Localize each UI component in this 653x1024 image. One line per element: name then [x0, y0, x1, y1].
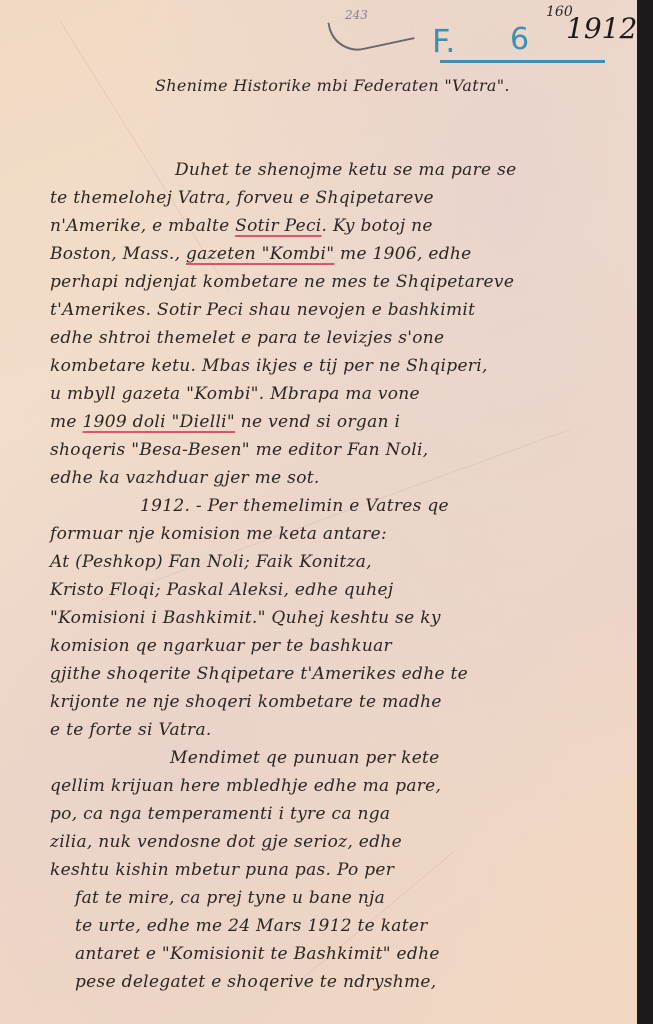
- text-line: formuar nje komision me keta antare:: [50, 524, 387, 544]
- archive-underline: [440, 60, 605, 63]
- text-line: antaret e "Komisionit te Bashkimit" edhe: [75, 944, 440, 964]
- text-line: keshtu kishin mbetur puna pas. Po per: [50, 860, 394, 880]
- text-line: komision qe ngarkuar per te bashkuar: [50, 636, 392, 656]
- text-line: me 1909 doli "Dielli" ne vend si organ i: [50, 412, 400, 432]
- text-line: kombetare ketu. Mbas ikjes e tij per ne …: [50, 356, 488, 376]
- text-line: perhapi ndjenjat kombetare ne mes te Shq…: [50, 272, 514, 292]
- archive-year: 1912: [566, 12, 637, 45]
- text-segment: . Ky botoj ne: [322, 216, 433, 236]
- text-segment: ne vend si organ i: [235, 412, 400, 432]
- underlined-name: Sotir Peci: [235, 216, 321, 236]
- pencil-number: 243: [345, 8, 368, 22]
- text-line: edhe shtroi themelet e para te levizjes …: [50, 328, 444, 348]
- underlined-newspaper: 1909 doli "Dielli": [83, 412, 236, 432]
- text-line: Boston, Mass., gazeten "Kombi" me 1906, …: [50, 244, 472, 264]
- text-line: t'Amerikes. Sotir Peci shau nevojen e ba…: [50, 300, 475, 320]
- text-segment: n'Amerike, e mbalte: [50, 216, 235, 236]
- text-line: gjithe shoqerite Shqipetare t'Amerikes e…: [50, 664, 468, 684]
- text-line: Mendimet qe punuan per kete: [170, 748, 440, 768]
- text-line: te urte, edhe me 24 Mars 1912 te kater: [75, 916, 428, 936]
- text-line: e te forte si Vatra.: [50, 720, 212, 740]
- text-line: fat te mire, ca prej tyne u bane nja: [75, 888, 385, 908]
- text-segment: me 1906, edhe: [334, 244, 471, 264]
- document-title: Shenime Historike mbi Federaten "Vatra".: [155, 76, 510, 95]
- text-line: qellim krijuan here mbledhje edhe ma par…: [50, 776, 441, 796]
- scanned-page: 243 F. 6 160 1912 Shenime Historike mbi …: [0, 0, 637, 1024]
- text-line: zilia, nuk vendosne dot gje serioz, edhe: [50, 832, 402, 852]
- text-line: 1912. - Per themelimin e Vatres qe: [140, 496, 449, 516]
- text-line: pese delegatet e shoqerive te ndryshme,: [75, 972, 436, 992]
- text-line: edhe ka vazhduar gjer me sot.: [50, 468, 320, 488]
- pencil-flourish: [327, 6, 414, 56]
- text-line: At (Peshkop) Fan Noli; Faik Konitza,: [50, 552, 372, 572]
- archive-ref-letter: F.: [432, 22, 455, 60]
- text-line: n'Amerike, e mbalte Sotir Peci. Ky botoj…: [50, 216, 433, 236]
- text-segment: Boston, Mass.,: [50, 244, 186, 264]
- text-line: krijonte ne nje shoqeri kombetare te mad…: [50, 692, 442, 712]
- text-line: Kristo Floqi; Paskal Aleksi, edhe quhej: [50, 580, 393, 600]
- text-line: po, ca nga temperamenti i tyre ca nga: [50, 804, 390, 824]
- text-line: "Komisioni i Bashkimit." Quhej keshtu se…: [50, 608, 441, 628]
- text-line: shoqeris "Besa-Besen" me editor Fan Noli…: [50, 440, 428, 460]
- text-line: u mbyll gazeta "Kombi". Mbrapa ma vone: [50, 384, 420, 404]
- underlined-newspaper: gazeten "Kombi": [186, 244, 334, 264]
- scan-edge-dark: [637, 0, 653, 1024]
- text-segment: me: [50, 412, 83, 432]
- text-line: te themelohej Vatra, forveu e Shqipetare…: [50, 188, 434, 208]
- text-line: Duhet te shenojme ketu se ma pare se: [175, 160, 516, 180]
- archive-ref-number: 6: [510, 22, 529, 57]
